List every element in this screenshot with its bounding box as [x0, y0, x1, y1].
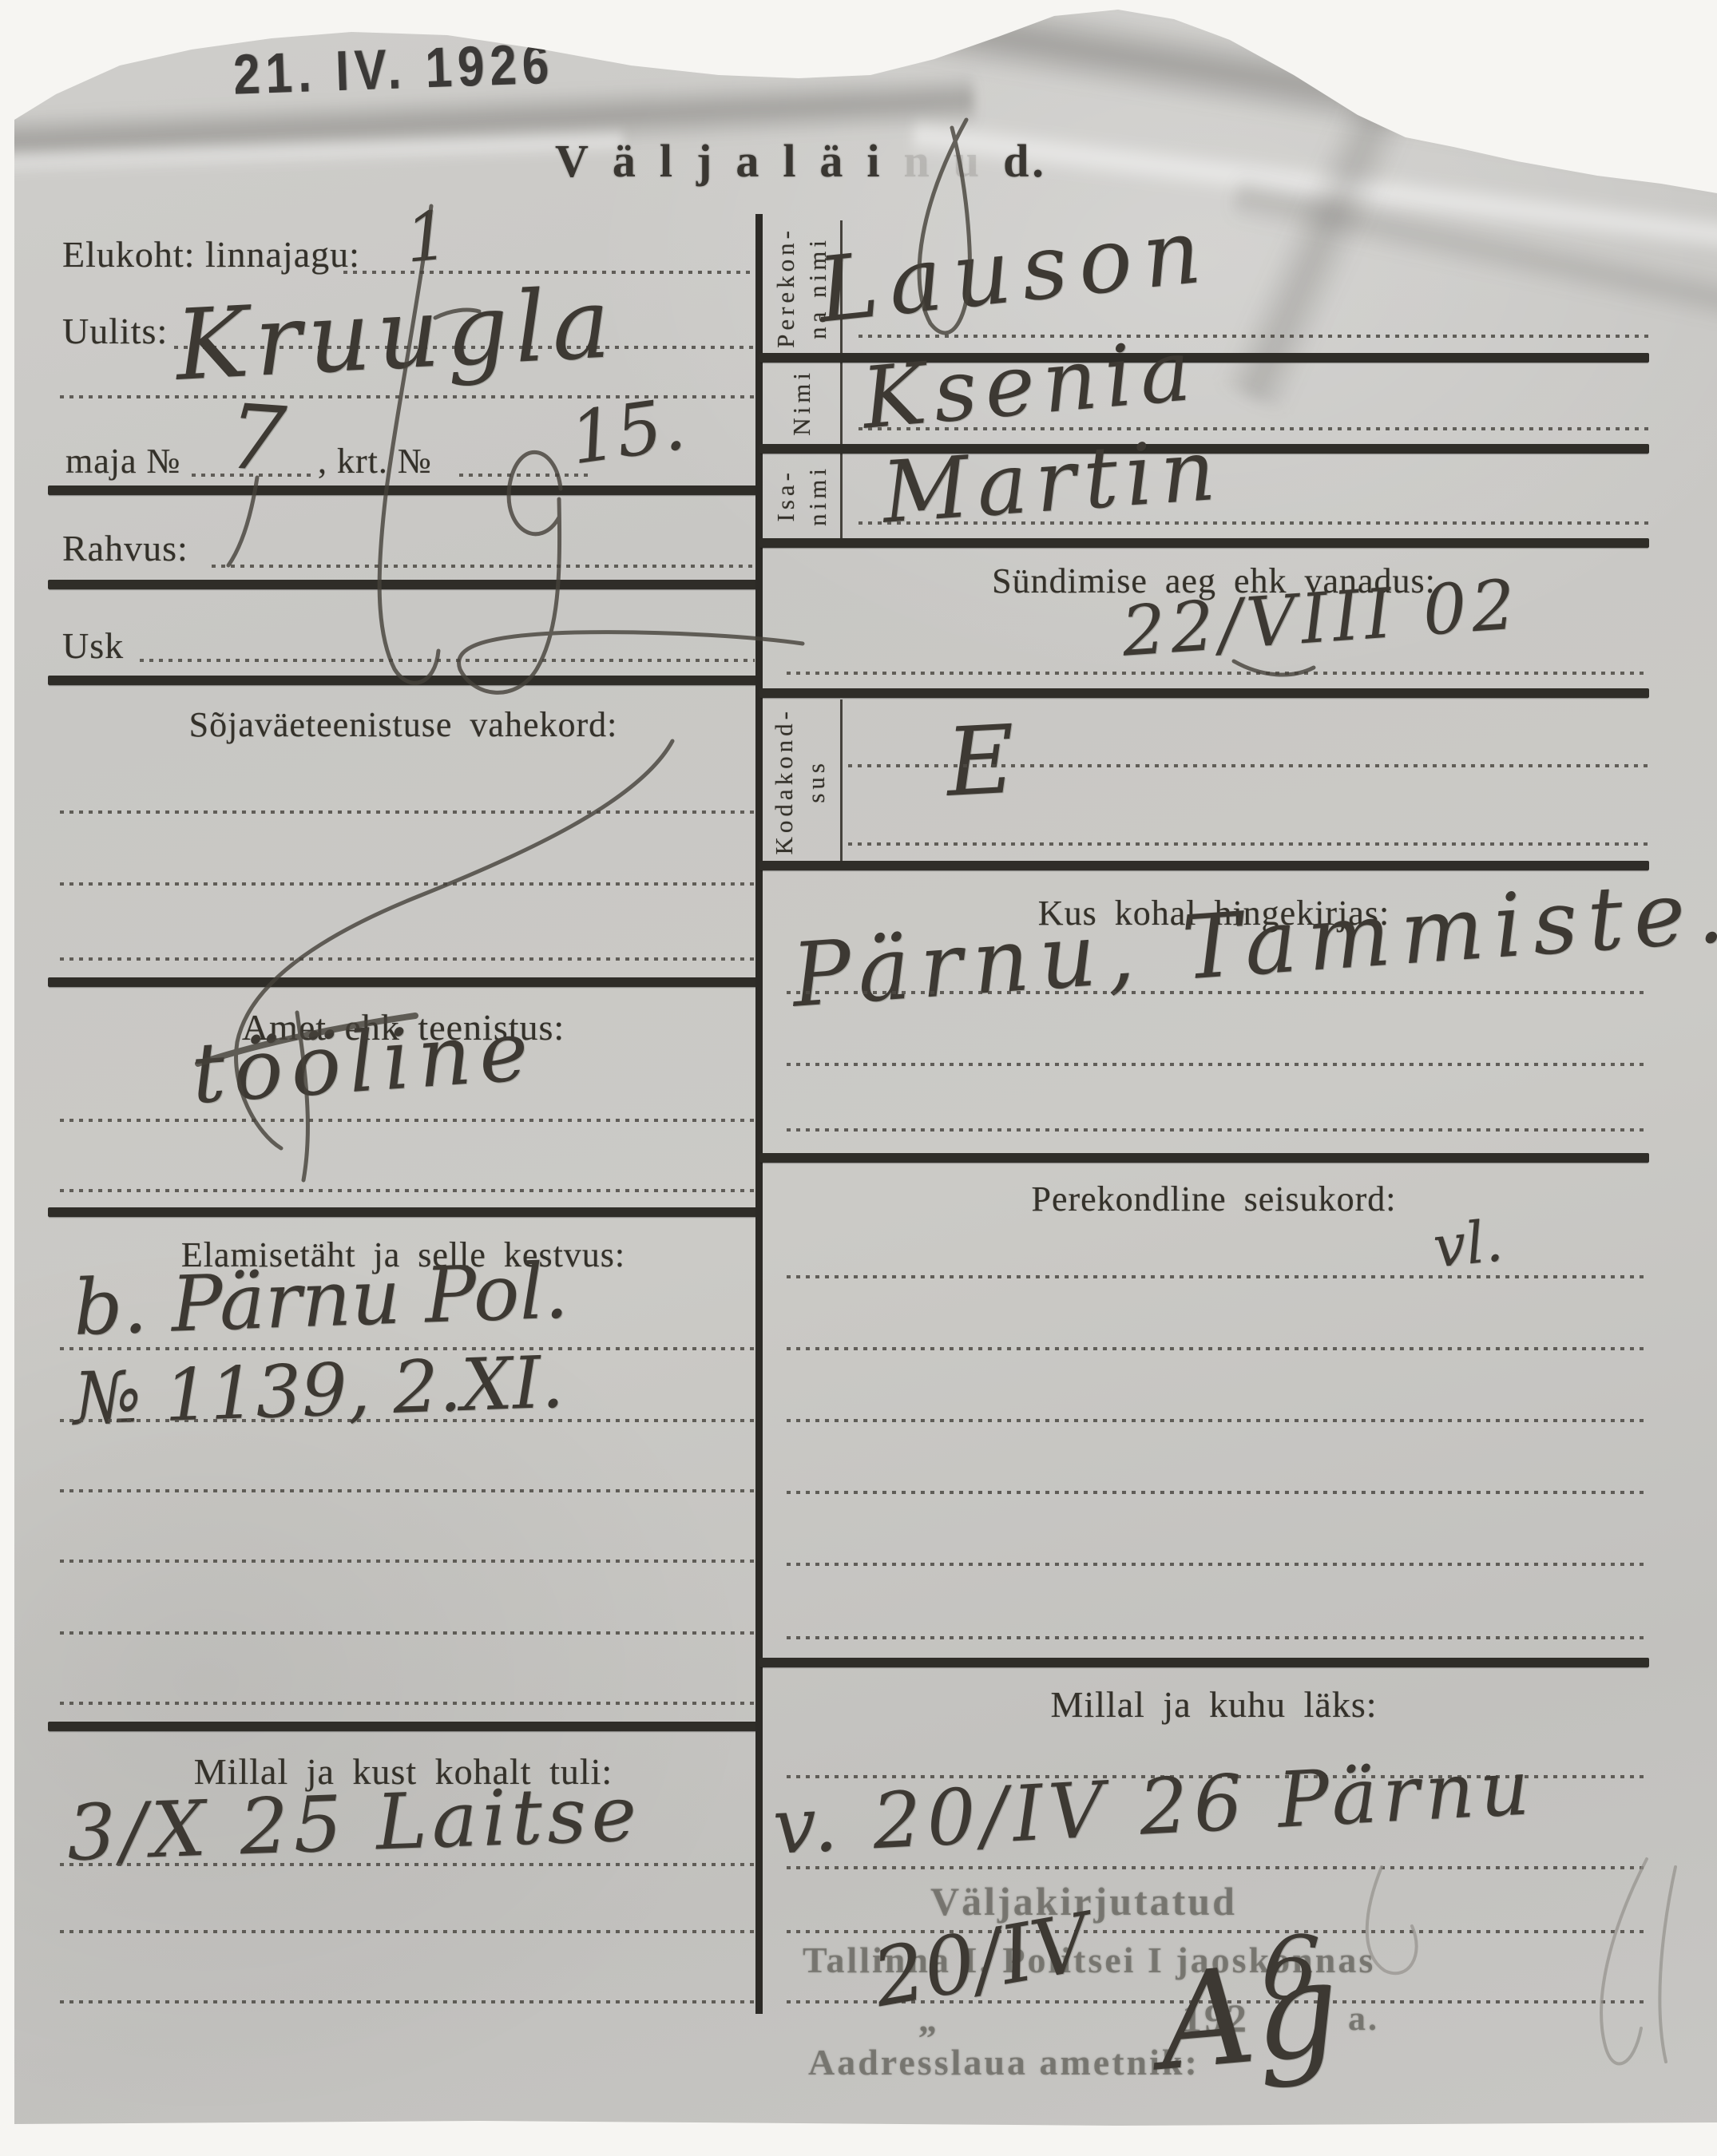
sojavae-heading: Sõjaväeteenistuse vahekord: — [48, 704, 759, 745]
dotted-line — [848, 842, 1649, 846]
perekonnanimi-label-line1: Perekon- — [771, 227, 800, 348]
rahvus-label: Rahvus: — [62, 527, 188, 569]
dotted-line — [459, 473, 591, 477]
perekondline-handwritten-value: vl. — [1430, 1207, 1506, 1281]
isanimi-label-line1: Isa- — [771, 469, 800, 521]
dotted-line — [60, 1701, 755, 1705]
paper-sheet: 21. IV. 1926 Väljaläinud. Elukoht: linna… — [0, 0, 1717, 2156]
section-rule — [759, 861, 1649, 870]
section-rule — [759, 1658, 1649, 1667]
paper-crease-highlight — [0, 126, 623, 178]
page-title-suffix: d. — [1003, 135, 1047, 187]
maja-label: maja № — [65, 441, 181, 482]
dotted-line — [787, 671, 1649, 675]
paper-crease — [1231, 172, 1717, 339]
elamisetaht-handwritten-line1: b. Pärnu Pol. — [72, 1246, 569, 1353]
dotted-line — [140, 658, 755, 662]
dotted-line — [60, 1929, 755, 1933]
dotted-line — [60, 1559, 755, 1563]
section-rule — [48, 1722, 759, 1731]
office-stamp-line4: Aadresslaua ametnik: — [808, 2041, 1200, 2083]
dotted-line — [787, 990, 1649, 994]
krt-label: , krt. № — [318, 441, 432, 482]
dotted-line — [858, 334, 1649, 338]
elukoht-label: Elukoht: linnajagu: — [62, 233, 360, 275]
dotted-line — [787, 1635, 1649, 1639]
section-rule — [48, 1207, 759, 1217]
column-divider — [755, 214, 763, 2014]
nimi-label-text: Nimi — [787, 369, 816, 436]
dotted-line — [858, 426, 1649, 430]
pencil-signature-stroke — [1660, 1867, 1675, 2062]
scanned-registration-card: 21. IV. 1926 Väljaläinud. Elukoht: linna… — [0, 0, 1717, 2156]
dotted-line — [60, 1999, 755, 2003]
isanimi-label: Isa- nimi — [765, 452, 839, 538]
section-rule — [759, 688, 1649, 698]
uulits-handwritten-value: Kruugla — [172, 266, 619, 402]
section-rule — [759, 1153, 1649, 1163]
maja-handwritten-value: 7 — [224, 385, 288, 493]
dotted-line — [60, 1118, 755, 1122]
page-title-main: Väljaläi — [555, 135, 904, 187]
label-cell-line — [840, 700, 843, 862]
perekonnanimi-handwritten-value: Lauson — [813, 199, 1216, 343]
dotted-line — [787, 1128, 1649, 1132]
isanimi-label-line2: nimi — [803, 465, 832, 526]
section-rule — [48, 580, 759, 589]
dotted-line — [60, 810, 755, 814]
dotted-line — [787, 1062, 1649, 1066]
office-stamp-year-suffix: a. — [1348, 1998, 1379, 2039]
dotted-line — [60, 1631, 755, 1635]
kodakondsus-label-line1: Kodakond- — [770, 707, 799, 854]
uulits-label: Uulits: — [62, 310, 168, 352]
section-rule — [759, 538, 1649, 548]
dotted-line — [787, 1418, 1649, 1422]
dotted-line — [787, 1346, 1649, 1350]
dotted-line — [787, 1274, 1649, 1278]
dotted-line — [60, 1188, 755, 1192]
kodakondsus-label: Kodakond- sus — [762, 701, 839, 861]
elukoht-handwritten-value: 1 — [402, 196, 452, 278]
stamp-fill-date-handwritten: 20/IV — [866, 1896, 1097, 2026]
dotted-line — [212, 564, 755, 568]
nimi-label: Nimi — [765, 361, 839, 444]
usk-label: Usk — [62, 624, 124, 667]
section-rule — [48, 977, 759, 987]
elamisetaht-handwritten-line2: № 1139, 2.XI. — [72, 1341, 565, 1441]
krt-handwritten-value: 15. — [565, 382, 690, 482]
hingekirjas-handwritten-value: Pärnu, Tammiste. — [789, 859, 1717, 1027]
official-signature-handwritten: Ag — [1153, 1932, 1346, 2100]
dotted-line — [60, 957, 755, 961]
laks-handwritten-value: v. 20/IV 26 Pärnu — [771, 1742, 1537, 1872]
laks-heading: Millal ja kuhu läks: — [779, 1683, 1649, 1726]
dotted-line — [787, 1562, 1649, 1566]
kodakondsus-handwritten-value: E — [943, 704, 1017, 818]
dotted-line — [60, 1418, 755, 1422]
dotted-line — [60, 1862, 755, 1866]
section-rule — [48, 676, 759, 685]
page-title-faded: nu — [904, 135, 1004, 187]
dotted-line — [60, 882, 755, 886]
date-stamp: 21. IV. 1926 — [232, 31, 556, 107]
dotted-line — [787, 1865, 1649, 1869]
kodakondsus-label-line2: sus — [802, 759, 831, 803]
scribble-tail-stroke — [459, 499, 803, 692]
dotted-line — [848, 763, 1649, 767]
perekondline-heading: Perekondline seisukord: — [779, 1179, 1649, 1219]
dotted-line — [858, 521, 1649, 525]
pencil-signature-stroke — [1601, 1859, 1647, 2063]
page-title: Väljaläinud. — [555, 134, 1047, 188]
dotted-line — [60, 1488, 755, 1492]
section-rule — [48, 485, 759, 495]
dotted-line — [787, 1490, 1649, 1494]
